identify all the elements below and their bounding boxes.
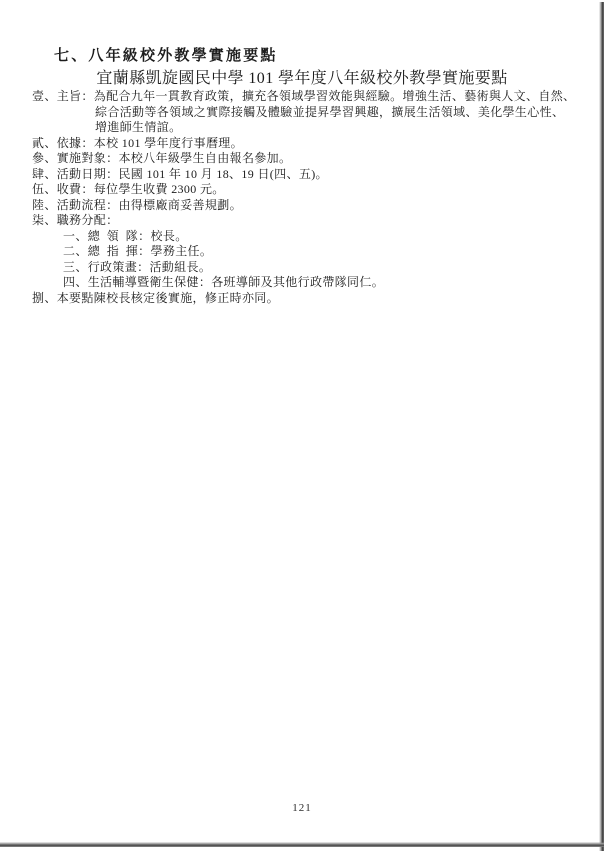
body-line-10: 一、總 領 隊：校長。: [32, 229, 588, 245]
scan-edge-right-shadow: [599, 2, 604, 851]
scanned-document-page: 七、八年級校外教學實施要點 宜蘭縣凱旋國民中學 101 學年度八年級校外教學實施…: [0, 0, 604, 851]
body-line-12: 三、行政策畫：活動組長。: [32, 260, 588, 276]
page-number: 121: [0, 802, 604, 814]
body-line-7: 伍、收費：每位學生收費 2300 元。: [32, 182, 588, 198]
body-line-5: 參、實施對象：本校八年級學生自由報名參加。: [32, 151, 588, 167]
body-line-2: 綜合活動等各領域之實際接觸及體驗並提昇學習興趣，擴展生活領域、美化學生心性、: [32, 105, 588, 121]
document-title: 宜蘭縣凱旋國民中學 101 學年度八年級校外教學實施要點: [0, 65, 604, 88]
body-line-11: 二、總 指 揮：學務主任。: [32, 244, 588, 260]
document-body: 壹、主旨：為配合九年一貫教育政策，擴充各領域學習效能與經驗。增強生活、藝術與人文…: [32, 89, 588, 306]
body-line-8: 陸、活動流程：由得標廠商妥善規劃。: [32, 198, 588, 214]
body-line-9: 柒、職務分配：: [32, 213, 588, 229]
scan-edge-bottom-shadow: [0, 842, 604, 847]
body-line-1: 壹、主旨：為配合九年一貫教育政策，擴充各領域學習效能與經驗。增強生活、藝術與人文…: [32, 89, 588, 105]
body-line-3: 增進師生情誼。: [32, 120, 588, 136]
body-line-13: 四、生活輔導暨衛生保健：各班導師及其他行政帶隊同仁。: [32, 275, 588, 291]
body-line-6: 肆、活動日期：民國 101 年 10 月 18、19 日(四、五)。: [32, 167, 588, 183]
body-line-4: 貳、依據：本校 101 學年度行事曆理。: [32, 136, 588, 152]
body-line-14: 捌、本要點陳校長核定後實施，修正時亦同。: [32, 291, 588, 307]
section-heading: 七、八年級校外教學實施要點: [54, 44, 278, 65]
